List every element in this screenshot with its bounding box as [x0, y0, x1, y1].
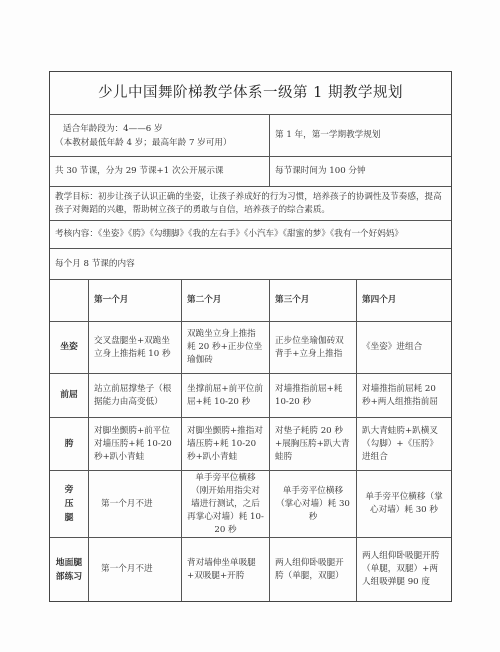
schedule-cell: 第一个月不进 — [88, 471, 181, 537]
monthly-label: 每个月 8 节课的内容 — [50, 249, 451, 279]
schedule-cell: 趴大青蛙胯+趴横叉（勾脚）+《压胯》进组合 — [356, 418, 451, 470]
info-row-lessons: 共 30 节课，分为 29 节课+1 次公开展示课 每节课时间为 100 分钟 — [50, 156, 451, 186]
month-header-row: 第一个月 第二个月 第三个月 第四个月 — [50, 279, 451, 321]
schedule-row-hip: 胯 对脚坐颤胯+前平位对墙压胯+耗 10-20 秒+趴小青蛙 对脚坐颤胯+推指对… — [50, 417, 451, 470]
schedule-cell: 坐撑前屈+前平位前屈+耗 10-20 秒 — [181, 374, 269, 417]
category-label: 前屈 — [50, 374, 88, 417]
schedule-cell: 交叉盘腿坐+双跪坐立身上推指耗 10 秒 — [88, 322, 181, 373]
schedule-cell: 双跪坐立身上推指耗 20 秒+正步位坐瑜伽砖 — [181, 322, 269, 373]
schedule-cell: 对墙推指前屈+耗 10-20 秒 — [269, 374, 356, 417]
schedule-cell: 背对墙伸坐单吸腿+双吸腿+开胯 — [181, 538, 269, 601]
month-header: 第三个月 — [269, 280, 356, 321]
teaching-goal: 教学目标：初步让孩子认识正确的坐姿，让孩子养成好的行为习惯，培养孩子的协调性及节… — [50, 187, 451, 220]
schedule-cell: 对垫子耗胯 20 秒+展胸压胯+趴大青蛙胯 — [269, 418, 356, 470]
category-line: 地面腿 — [56, 556, 82, 570]
category-char: 腿 — [65, 511, 74, 525]
age-cell: 适合年龄段为：4——6 岁 （本教材最低年龄 4 岁；最高年龄 7 岁可用） — [50, 115, 269, 156]
corner-cell — [50, 280, 88, 321]
category-char: 压 — [65, 497, 74, 511]
schedule-cell: 对墙推指前屈耗 20 秒+两人组推指前屈 — [356, 374, 451, 417]
teaching-plan-table: 少儿中国舞阶梯教学体系一级第 1 期教学规划 适合年龄段为：4——6 岁 （本教… — [49, 71, 452, 602]
age-range: 适合年龄段为：4——6 岁 — [55, 122, 163, 136]
year-term: 第 1 年，第一学期教学规划 — [269, 115, 451, 156]
schedule-cell: 单手旁平位横移（刚开始用指尖对墙进行测试，之后再掌心对墙）耗 10-20 秒 — [181, 471, 269, 537]
schedule-cell: 《坐姿》进组合 — [356, 322, 451, 373]
schedule-row-sitting: 坐姿 交叉盘腿坐+双跪坐立身上推指耗 10 秒 双跪坐立身上推指耗 20 秒+正… — [50, 321, 451, 373]
schedule-cell: 站立前屈撑垫子（根据能力由高变低） — [88, 374, 181, 417]
info-row-age: 适合年龄段为：4——6 岁 （本教材最低年龄 4 岁；最高年龄 7 岁可用） 第… — [50, 114, 451, 156]
month-header: 第四个月 — [356, 280, 451, 321]
category-line: 部练习 — [56, 570, 82, 584]
schedule-cell: 单手旁平位横移（掌心对墙）耗 30 秒 — [356, 471, 451, 537]
schedule-cell: 两人组仰卧吸腿开胯（单腿，双腿） — [269, 538, 356, 601]
schedule-cell: 对脚坐颤胯+推指对墙压胯+耗 10-20 秒+趴小青蛙 — [181, 418, 269, 470]
lesson-duration: 每节课时间为 100 分钟 — [269, 157, 451, 186]
schedule-row-forward-bend: 前屈 站立前屈撑垫子（根据能力由高变低） 坐撑前屈+前平位前屈+耗 10-20 … — [50, 373, 451, 417]
age-note: （本教材最低年龄 4 岁；最高年龄 7 岁可用） — [55, 136, 232, 150]
schedule-row-floor-leg: 地面腿 部练习 第一个月不进 背对墙伸坐单吸腿+双吸腿+开胯 两人组仰卧吸腿开胯… — [50, 537, 451, 601]
schedule-cell: 两人组仰卧吸腿开胯（单腿，双腿）+两人组吸弹腿 90 度 — [356, 538, 451, 601]
lesson-count: 共 30 节课，分为 29 节课+1 次公开展示课 — [50, 157, 269, 186]
category-label: 地面腿 部练习 — [50, 538, 88, 601]
monthly-label-row: 每个月 8 节课的内容 — [50, 248, 451, 279]
category-char: 旁 — [65, 483, 74, 497]
goal-row: 教学目标：初步让孩子认识正确的坐姿，让孩子养成好的行为习惯，培养孩子的协调性及节… — [50, 186, 451, 220]
title-row: 少儿中国舞阶梯教学体系一级第 1 期教学规划 — [50, 72, 451, 114]
month-header: 第二个月 — [181, 280, 269, 321]
schedule-cell: 对脚坐颤胯+前平位对墙压胯+耗 10-20 秒+趴小青蛙 — [88, 418, 181, 470]
schedule-cell: 正步位坐瑜伽砖双背手+立身上推指 — [269, 322, 356, 373]
schedule-cell: 单手旁平位横移（掌心对墙）耗 30 秒 — [269, 471, 356, 537]
category-label: 旁 压 腿 — [50, 471, 88, 537]
month-header: 第一个月 — [88, 280, 181, 321]
category-label: 胯 — [50, 418, 88, 470]
schedule-row-side-leg-press: 旁 压 腿 第一个月不进 单手旁平位横移（刚开始用指尖对墙进行测试，之后再掌心对… — [50, 470, 451, 537]
document-title: 少儿中国舞阶梯教学体系一级第 1 期教学规划 — [50, 72, 451, 114]
assessment-row: 考核内容：《坐姿》《胯》《勾绷脚》《我的左右手》《小汽车》《甜蜜的梦》《我有一个… — [50, 220, 451, 248]
assessment: 考核内容：《坐姿》《胯》《勾绷脚》《我的左右手》《小汽车》《甜蜜的梦》《我有一个… — [50, 221, 451, 248]
schedule-cell: 第一个月不进 — [88, 538, 181, 601]
category-label: 坐姿 — [50, 322, 88, 373]
